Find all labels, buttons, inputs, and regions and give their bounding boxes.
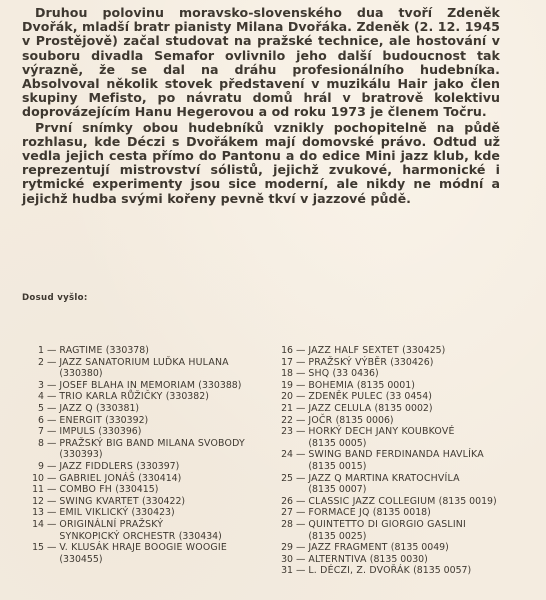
release-dash: — — [47, 507, 56, 519]
release-item: 21—JAZZ CELULA (8135 0002) — [277, 403, 539, 415]
release-number: 11 — [28, 484, 44, 496]
release-dash: — — [47, 415, 56, 427]
release-number: 5 — [28, 403, 44, 415]
release-item: 30—ALTERNTIVA (8135 0030) — [277, 554, 539, 566]
release-catalog-number: (330455) — [59, 554, 227, 566]
release-catalog-number: (8135 0025) — [308, 531, 466, 543]
release-catalog-number: (33 0454) — [386, 391, 432, 402]
release-catalog-number: (330388) — [198, 380, 241, 391]
release-number: 7 — [28, 426, 44, 438]
release-catalog-number: (330382) — [166, 391, 209, 402]
release-number: 27 — [277, 507, 293, 519]
release-catalog-number: (330396) — [98, 426, 141, 437]
release-dash: — — [47, 473, 56, 485]
release-title: HORKÝ DECH JANY KOUBKOVÉ(8135 0005) — [308, 426, 454, 449]
release-number: 15 — [28, 542, 44, 565]
release-catalog-number: (8135 0001) — [357, 380, 415, 391]
release-number: 13 — [28, 507, 44, 519]
release-title: TRIO KARLA RŮŽIČKY (330382) — [59, 391, 208, 403]
release-title: JAZZ CELULA (8135 0002) — [308, 403, 432, 415]
release-number: 22 — [277, 415, 293, 427]
release-dash: — — [47, 519, 56, 542]
release-dash: — — [47, 461, 56, 473]
release-dash: — — [296, 391, 305, 403]
release-dash: — — [296, 496, 305, 508]
release-dash: — — [47, 542, 56, 565]
release-catalog-number: (330422) — [142, 496, 185, 507]
release-catalog-number: (8135 0057) — [413, 565, 471, 576]
release-catalog-number: (330434) — [179, 531, 222, 542]
release-item: 2—JAZZ SANATORIUM LUĎKA HULANA(330380) — [28, 357, 278, 380]
release-title: ORIGINÁLNÍ PRAŽSKÝSYNKOPICKÝ ORCHESTR (3… — [59, 519, 221, 542]
paragraph-2: První snímky obou hudebníků vznikly poch… — [22, 121, 500, 206]
release-dash: — — [296, 415, 305, 427]
release-number: 30 — [277, 554, 293, 566]
release-item: 28—QUINTETTO DI GIORGIO GASLINI(8135 002… — [277, 519, 539, 542]
release-title: SHQ (33 0436) — [308, 368, 378, 380]
release-title: GABRIEL JONÁŠ (330414) — [59, 473, 181, 485]
release-dash: — — [296, 426, 305, 449]
release-title: JOSEF BLAHA IN MEMORIAM (330388) — [59, 380, 241, 392]
release-catalog-number: (330397) — [136, 461, 179, 472]
release-number: 24 — [277, 449, 293, 472]
release-dash: — — [47, 403, 56, 415]
release-item: 6—ENERGIT (330392) — [28, 415, 278, 427]
release-catalog-number: (330380) — [59, 368, 228, 380]
release-number: 8 — [28, 438, 44, 461]
release-catalog-number: (330425) — [402, 345, 445, 356]
release-catalog-number: (330423) — [132, 507, 175, 518]
release-title: RAGTIME (330378) — [59, 345, 149, 357]
release-title: JAZZ HALF SEXTET (330425) — [308, 345, 445, 357]
release-number: 14 — [28, 519, 44, 542]
release-item: 4—TRIO KARLA RŮŽIČKY (330382) — [28, 391, 278, 403]
release-number: 16 — [277, 345, 293, 357]
release-number: 25 — [277, 473, 293, 496]
release-catalog-number: (8135 0006) — [336, 415, 394, 426]
article-body: Druhou polovinu moravsko-slovenského dua… — [22, 6, 500, 206]
release-item: 1—RAGTIME (330378) — [28, 345, 278, 357]
release-item: 23—HORKÝ DECH JANY KOUBKOVÉ(8135 0005) — [277, 426, 539, 449]
release-number: 1 — [28, 345, 44, 357]
release-item: 17—PRAŽSKÝ VÝBĚR (330426) — [277, 357, 539, 369]
release-item: 25—JAZZ Q MARTINA KRATOCHVÍLA(8135 0007) — [277, 473, 539, 496]
release-item: 13—EMIL VIKLICKÝ (330423) — [28, 507, 278, 519]
release-item: 16—JAZZ HALF SEXTET (330425) — [277, 345, 539, 357]
release-number: 19 — [277, 380, 293, 392]
release-item: 26—CLASSIC JAZZ COLLEGIUM (8135 0019) — [277, 496, 539, 508]
release-number: 31 — [277, 565, 293, 577]
release-title: IMPULS (330396) — [59, 426, 141, 438]
release-number: 6 — [28, 415, 44, 427]
release-title: PRAŽSKÝ BIG BAND MILANA SVOBODY(330393) — [59, 438, 245, 461]
release-item: 9—JAZZ FIDDLERS (330397) — [28, 461, 278, 473]
release-catalog-number: (8135 0018) — [373, 507, 431, 518]
release-item: 10—GABRIEL JONÁŠ (330414) — [28, 473, 278, 485]
release-item: 29—JAZZ FRAGMENT (8135 0049) — [277, 542, 539, 554]
release-title: BOHEMIA (8135 0001) — [308, 380, 414, 392]
release-number: 21 — [277, 403, 293, 415]
release-number: 26 — [277, 496, 293, 508]
release-item: 27—FORMACE JQ (8135 0018) — [277, 507, 539, 519]
releases-list-left: 1—RAGTIME (330378)2—JAZZ SANATORIUM LUĎK… — [28, 345, 278, 565]
release-number: 17 — [277, 357, 293, 369]
release-item: 11—COMBO FH (330415) — [28, 484, 278, 496]
liner-notes-page: Druhou polovinu moravsko-slovenského dua… — [0, 0, 546, 600]
release-dash: — — [47, 496, 56, 508]
release-catalog-number: (330381) — [96, 403, 139, 414]
release-number: 9 — [28, 461, 44, 473]
release-dash: — — [47, 391, 56, 403]
release-item: 14—ORIGINÁLNÍ PRAŽSKÝSYNKOPICKÝ ORCHESTR… — [28, 519, 278, 542]
release-item: 3—JOSEF BLAHA IN MEMORIAM (330388) — [28, 380, 278, 392]
release-dash: — — [296, 554, 305, 566]
release-title: EMIL VIKLICKÝ (330423) — [59, 507, 174, 519]
paragraph-1: Druhou polovinu moravsko-slovenského dua… — [22, 6, 500, 120]
release-title: ZDENĚK PULEC (33 0454) — [308, 391, 432, 403]
release-title: JAZZ FRAGMENT (8135 0049) — [308, 542, 448, 554]
release-title: ALTERNTIVA (8135 0030) — [308, 554, 427, 566]
release-title: V. KLUSÁK HRAJE BOOGIE WOOGIE(330455) — [59, 542, 227, 565]
release-number: 23 — [277, 426, 293, 449]
release-dash: — — [296, 357, 305, 369]
release-item: 31—L. DÉCZI, Z. DVOŘÁK (8135 0057) — [277, 565, 539, 577]
release-dash: — — [47, 426, 56, 438]
release-item: 19—BOHEMIA (8135 0001) — [277, 380, 539, 392]
release-catalog-number: (330392) — [105, 415, 148, 426]
release-item: 5—JAZZ Q (330381) — [28, 403, 278, 415]
release-catalog-number: (8135 0030) — [370, 554, 428, 565]
release-number: 12 — [28, 496, 44, 508]
release-number: 29 — [277, 542, 293, 554]
release-dash: — — [47, 357, 56, 380]
release-dash: — — [47, 380, 56, 392]
release-item: 20—ZDENĚK PULEC (33 0454) — [277, 391, 539, 403]
release-title: PRAŽSKÝ VÝBĚR (330426) — [308, 357, 433, 369]
release-dash: — — [296, 507, 305, 519]
release-title: CLASSIC JAZZ COLLEGIUM (8135 0019) — [308, 496, 496, 508]
release-dash: — — [47, 484, 56, 496]
release-item: 12—SWING KVARTET (330422) — [28, 496, 278, 508]
release-dash: — — [296, 403, 305, 415]
release-dash: — — [296, 345, 305, 357]
release-catalog-number: (330393) — [59, 449, 245, 461]
release-number: 10 — [28, 473, 44, 485]
release-item: 24—SWING BAND FERDINANDA HAVLÍKA(8135 00… — [277, 449, 539, 472]
release-number: 18 — [277, 368, 293, 380]
release-number: 4 — [28, 391, 44, 403]
releases-heading: Dosud vyšlo: — [22, 293, 88, 303]
release-catalog-number: (330378) — [106, 345, 149, 356]
release-dash: — — [296, 380, 305, 392]
release-dash: — — [296, 519, 305, 542]
release-catalog-number: (330415) — [115, 484, 158, 495]
release-number: 2 — [28, 357, 44, 380]
release-dash: — — [296, 473, 305, 496]
release-item: 8—PRAŽSKÝ BIG BAND MILANA SVOBODY(330393… — [28, 438, 278, 461]
release-number: 20 — [277, 391, 293, 403]
release-title: FORMACE JQ (8135 0018) — [308, 507, 430, 519]
release-catalog-number: (8135 0049) — [391, 542, 449, 553]
release-catalog-number: (330426) — [390, 357, 433, 368]
release-title: ENERGIT (330392) — [59, 415, 148, 427]
release-dash: — — [296, 368, 305, 380]
release-dash: — — [47, 345, 56, 357]
release-title: JOČR (8135 0006) — [308, 415, 393, 427]
release-catalog-number: (8135 0015) — [308, 461, 483, 473]
release-dash: — — [296, 449, 305, 472]
release-title: JAZZ SANATORIUM LUĎKA HULANA(330380) — [59, 357, 228, 380]
release-catalog-number: (8135 0002) — [375, 403, 433, 414]
release-title: JAZZ Q MARTINA KRATOCHVÍLA(8135 0007) — [308, 473, 459, 496]
release-title: JAZZ Q (330381) — [59, 403, 139, 415]
releases-list-right: 16—JAZZ HALF SEXTET (330425)17—PRAŽSKÝ V… — [277, 345, 539, 577]
release-number: 28 — [277, 519, 293, 542]
release-title: SWING KVARTET (330422) — [59, 496, 185, 508]
release-item: 15—V. KLUSÁK HRAJE BOOGIE WOOGIE(330455) — [28, 542, 278, 565]
release-title: L. DÉCZI, Z. DVOŘÁK (8135 0057) — [308, 565, 471, 577]
release-dash: — — [296, 565, 305, 577]
release-catalog-number: (8135 0005) — [308, 438, 454, 450]
release-catalog-number: (330414) — [138, 473, 181, 484]
release-dash: — — [47, 438, 56, 461]
release-item: 18—SHQ (33 0436) — [277, 368, 539, 380]
release-title: COMBO FH (330415) — [59, 484, 158, 496]
release-item: 22—JOČR (8135 0006) — [277, 415, 539, 427]
release-catalog-number: (8135 0019) — [439, 496, 497, 507]
release-catalog-number: (33 0436) — [333, 368, 379, 379]
release-title: SWING BAND FERDINANDA HAVLÍKA(8135 0015) — [308, 449, 483, 472]
release-title: QUINTETTO DI GIORGIO GASLINI(8135 0025) — [308, 519, 466, 542]
release-item: 7—IMPULS (330396) — [28, 426, 278, 438]
release-title: JAZZ FIDDLERS (330397) — [59, 461, 179, 473]
release-number: 3 — [28, 380, 44, 392]
release-dash: — — [296, 542, 305, 554]
release-catalog-number: (8135 0007) — [308, 484, 459, 496]
